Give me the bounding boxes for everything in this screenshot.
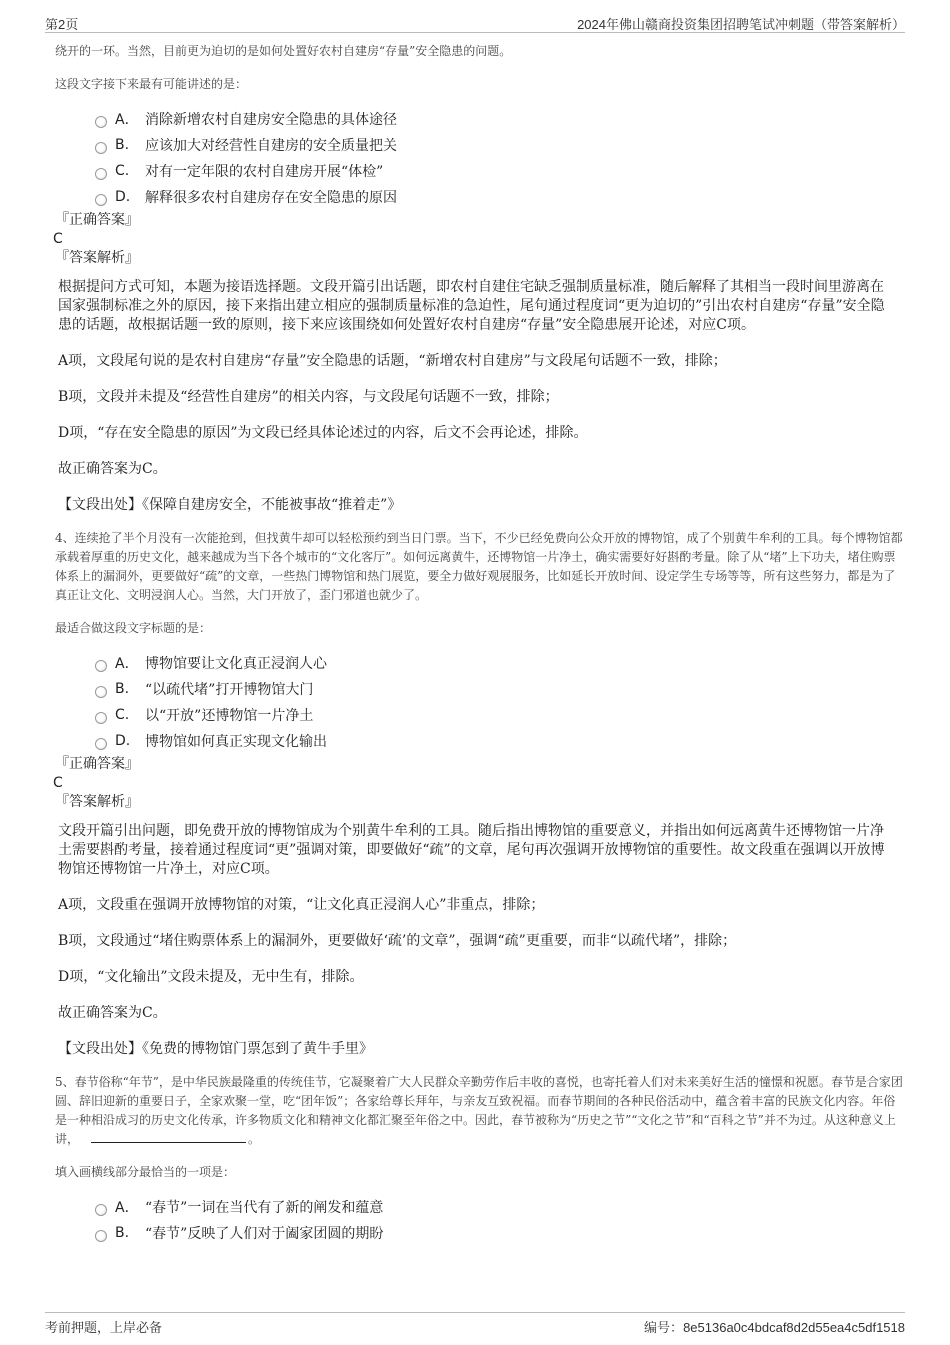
passage-text: 4、连续抢了半个月没有一次能抢到，但找黄牛却可以轻松预约到当日门票。当下，不少已… [55,529,905,605]
radio-button-icon[interactable] [95,738,107,750]
correct-answer-label: 『正确答案』 [55,754,905,774]
option-a[interactable]: A． 消除新增农村自建房安全隐患的具体途径 [95,106,905,132]
correct-answer-label: 『正确答案』 [55,210,905,230]
document-title: 2024年佛山赣商投资集团招聘笔试冲刺题（带答案解析） [577,14,905,33]
radio-button-icon[interactable] [95,712,107,724]
correct-answer: C [53,774,905,792]
footer-slogan: 考前押题，上岸必备 [45,1317,162,1336]
option-b[interactable]: B. “以疏代堵”打开博物馆大门 [95,676,905,702]
option-a[interactable]: A． 博物馆要让文化真正浸润人心 [95,650,905,676]
analysis-note: B项，文段通过“堵住购票体系上的漏洞外，更要做好‘疏’的文章”，强调“疏”更重要… [58,932,905,951]
page-number: 第2页 [45,14,78,33]
page-content: 绕开的一环。当然，目前更为迫切的是如何处置好农村自建房“存量”安全隐患的问题。 … [55,42,905,1246]
option-b[interactable]: B. 应该加大对经营性自建房的安全质量把关 [95,132,905,158]
fill-in-blank [91,1130,246,1143]
radio-button-icon[interactable] [95,142,107,154]
question-prompt: 最适合做这段文字标题的是： [55,619,905,638]
source-citation: 【文段出处】《免费的博物馆门票怎到了黄牛手里》 [58,1040,905,1059]
analysis-note: B项，文段并未提及“经营性自建房”的相关内容，与文段尾句话题不一致，排除； [58,388,905,407]
question-prompt: 这段文字接下来最有可能讲述的是： [55,75,905,94]
question-prompt: 填入画横线部分最恰当的一项是： [55,1163,905,1182]
question-3: 绕开的一环。当然，目前更为迫切的是如何处置好农村自建房“存量”安全隐患的问题。 … [55,42,905,515]
question-4: 4、连续抢了半个月没有一次能抢到，但找黄牛却可以轻松预约到当日门票。当下，不少已… [55,529,905,1059]
analysis-note: D项，“存在安全隐患的原因”为文段已经具体论述过的内容，后文不会再论述，排除。 [58,424,905,443]
final-answer: 故正确答案为C。 [58,460,905,479]
page-footer: 考前押题，上岸必备 编号：8e5136a0c4bdcaf8d2d55ea4c5d… [45,1312,905,1335]
analysis-text: 文段开篇引出问题，即免费开放的博物馆成为个别黄牛牟利的工具。随后指出博物馆的重要… [58,822,888,879]
radio-button-icon[interactable] [95,1230,107,1242]
analysis-text: 根据提问方式可知，本题为接语选择题。文段开篇引出话题，即农村自建住宅缺乏强制质量… [58,278,888,335]
source-citation: 【文段出处】《保障自建房安全，不能被事故“推着走”》 [58,496,905,515]
analysis-note: A项，文段尾句说的是农村自建房“存量”安全隐患的话题，“新增农村自建房”与文段尾… [58,352,905,371]
radio-button-icon[interactable] [95,660,107,672]
option-list: A． “春节”一词在当代有了新的阐发和蕴意 B. “春节”反映了人们对于阖家团圆… [95,1194,905,1246]
analysis-note: D项，“文化输出”文段未提及，无中生有，排除。 [58,968,905,987]
analysis-label: 『答案解析』 [55,248,905,268]
radio-button-icon[interactable] [95,168,107,180]
option-d[interactable]: D. 解释很多农村自建房存在安全隐患的原因 [95,184,905,210]
option-list: A． 博物馆要让文化真正浸润人心 B. “以疏代堵”打开博物馆大门 C. 以“开… [95,650,905,754]
analysis-label: 『答案解析』 [55,792,905,812]
option-c[interactable]: C. 以“开放”还博物馆一片净土 [95,702,905,728]
final-answer: 故正确答案为C。 [58,1004,905,1023]
option-a[interactable]: A． “春节”一词在当代有了新的阐发和蕴意 [95,1194,905,1220]
correct-answer: C [53,230,905,248]
option-c[interactable]: C. 对有一定年限的农村自建房开展“体检” [95,158,905,184]
passage-text: 绕开的一环。当然，目前更为迫切的是如何处置好农村自建房“存量”安全隐患的问题。 [55,42,905,61]
analysis-note: A项，文段重在强调开放博物馆的对策，“让文化真正浸润人心”非重点，排除； [58,896,905,915]
question-5: 5、春节俗称“年节”，是中华民族最隆重的传统佳节，它凝聚着广大人民群众辛勤劳作后… [55,1073,905,1246]
radio-button-icon[interactable] [95,116,107,128]
radio-button-icon[interactable] [95,1204,107,1216]
serial-number: 编号：8e5136a0c4bdcaf8d2d55ea4c5df1518 [644,1317,905,1336]
page-header: 第2页 2024年佛山赣商投资集团招聘笔试冲刺题（带答案解析） [45,12,905,33]
option-b[interactable]: B. “春节”反映了人们对于阖家团圆的期盼 [95,1220,905,1246]
radio-button-icon[interactable] [95,194,107,206]
passage-text: 5、春节俗称“年节”，是中华民族最隆重的传统佳节，它凝聚着广大人民群众辛勤劳作后… [55,1073,905,1149]
option-d[interactable]: D. 博物馆如何真正实现文化输出 [95,728,905,754]
radio-button-icon[interactable] [95,686,107,698]
option-list: A． 消除新增农村自建房安全隐患的具体途径 B. 应该加大对经营性自建房的安全质… [95,106,905,210]
